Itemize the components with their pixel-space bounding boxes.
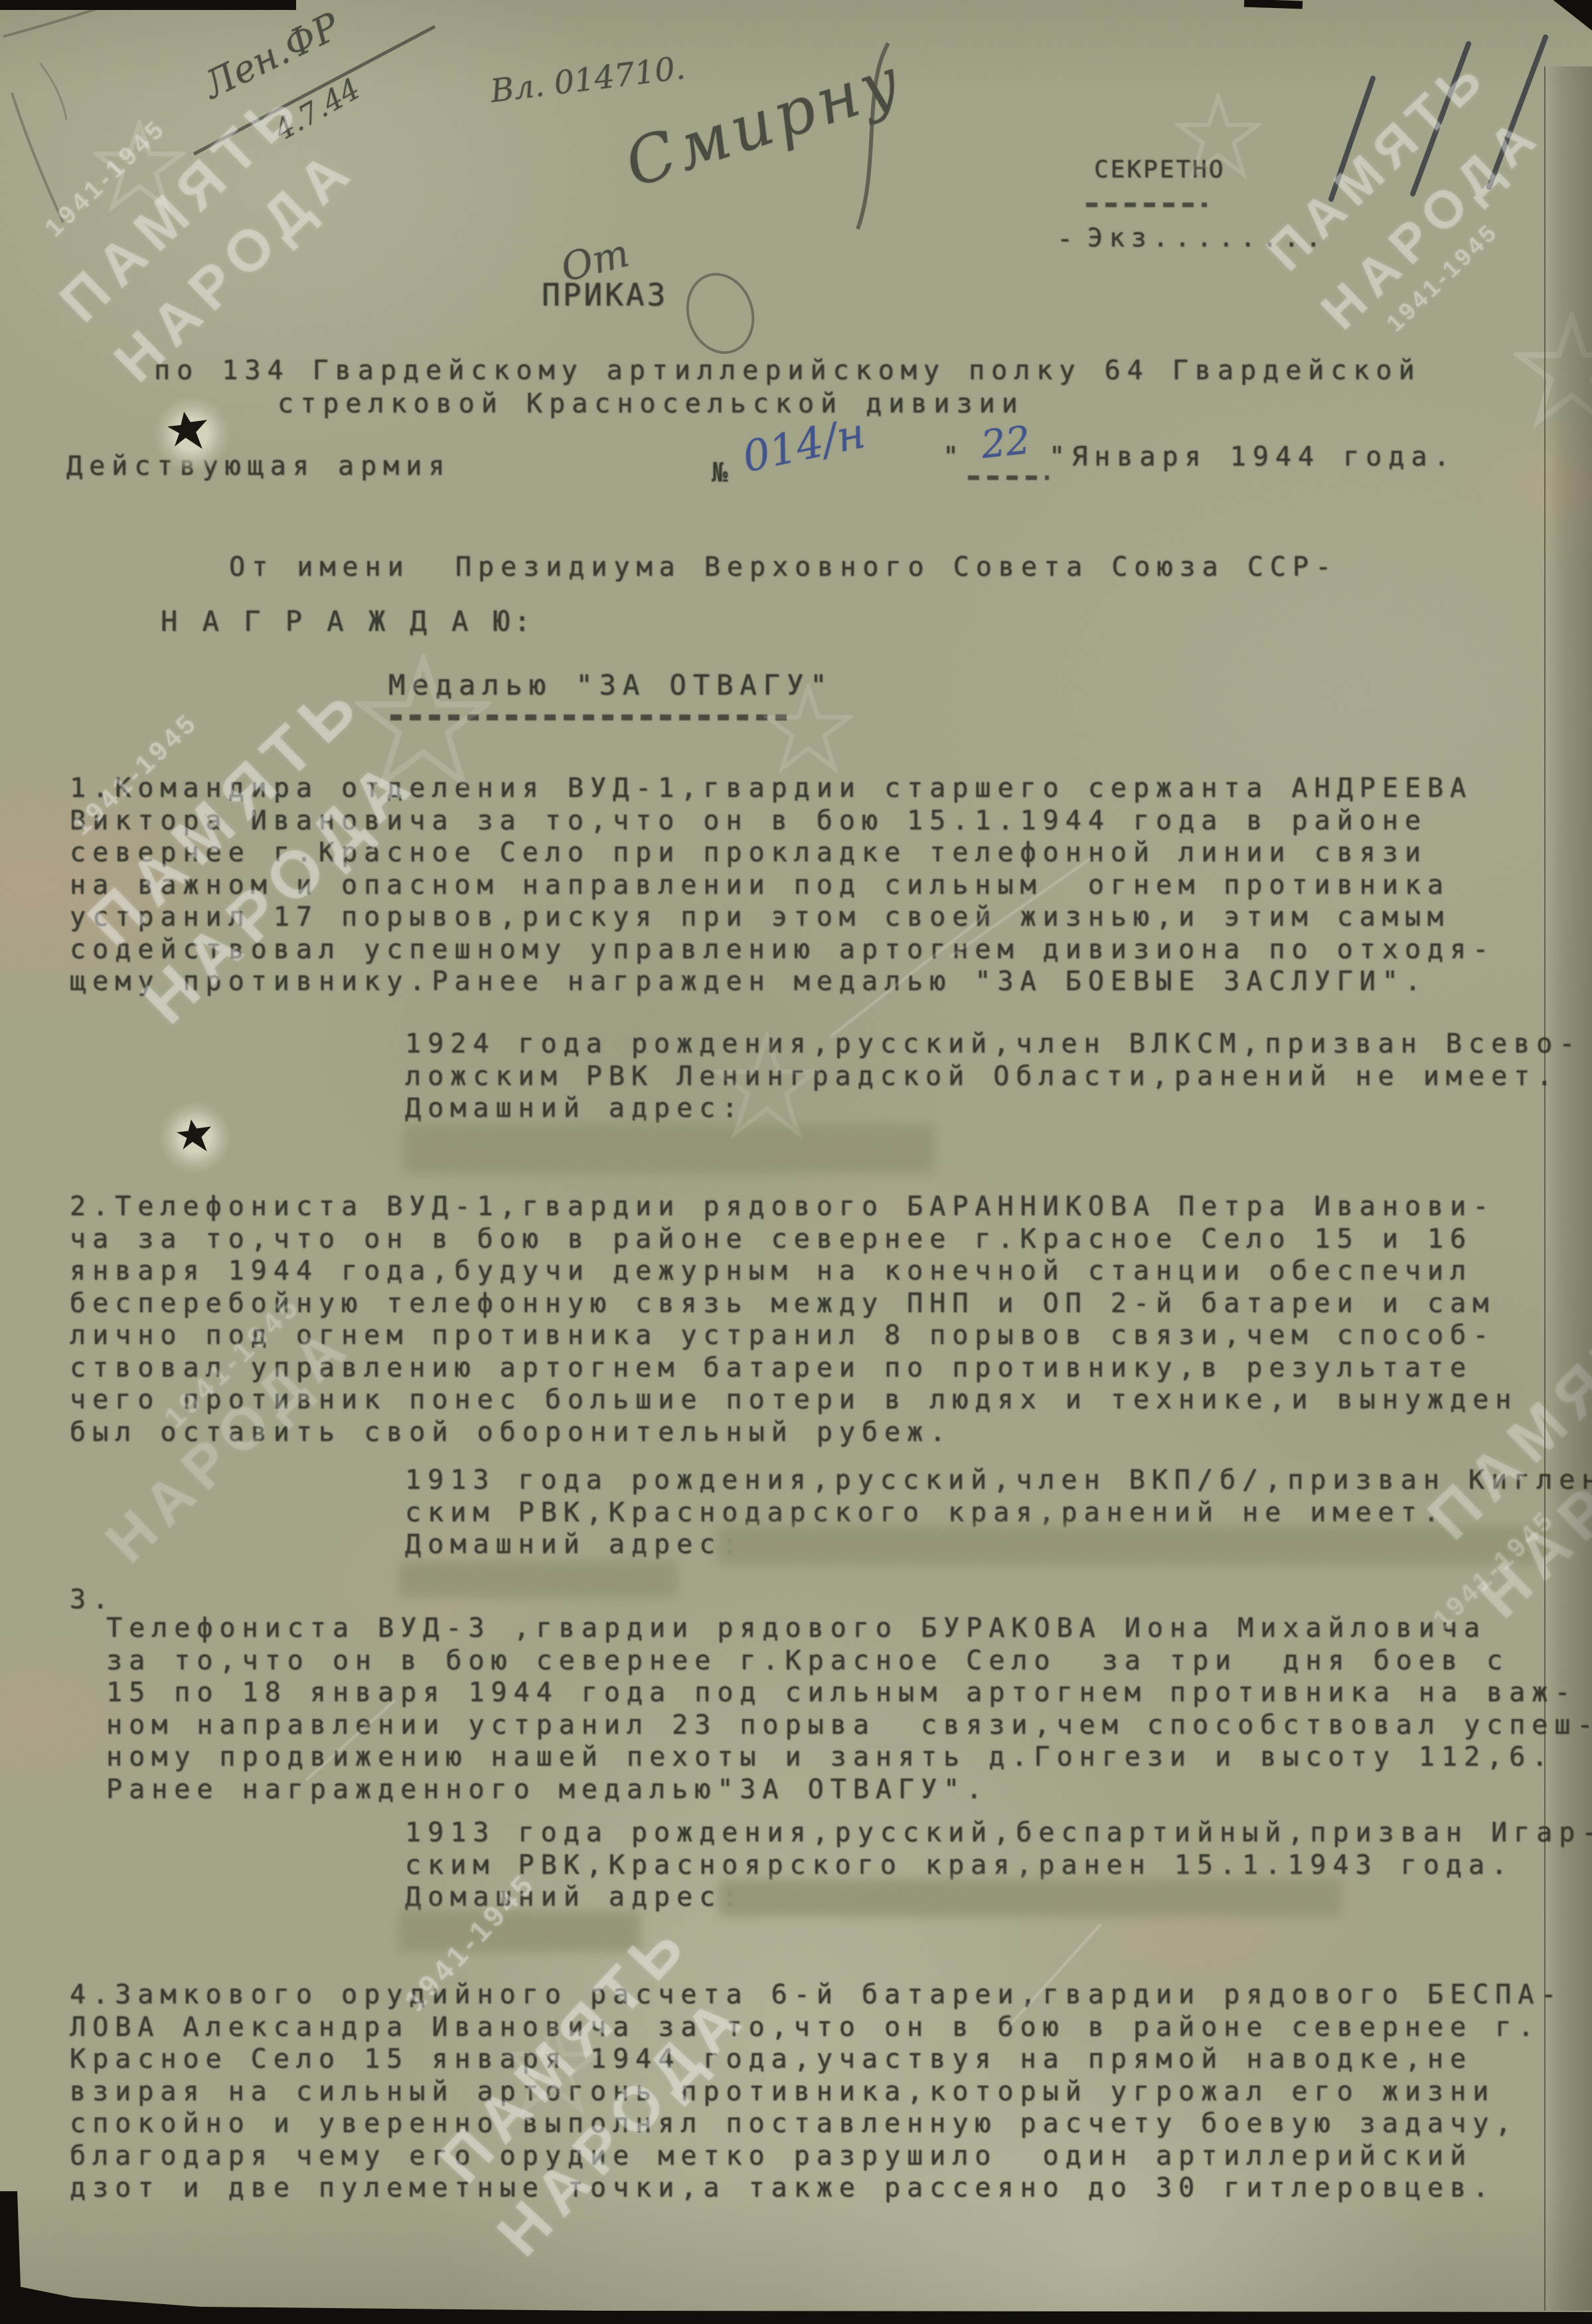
paper-right-edge [1544, 66, 1592, 2311]
scan-edge-top [0, 0, 296, 10]
paper-grain-texture [0, 0, 1592, 2324]
document-scan-page: Лен.ФР 4.7.44 Вл. 014710. От Смирну СЕКР… [0, 0, 1592, 2324]
